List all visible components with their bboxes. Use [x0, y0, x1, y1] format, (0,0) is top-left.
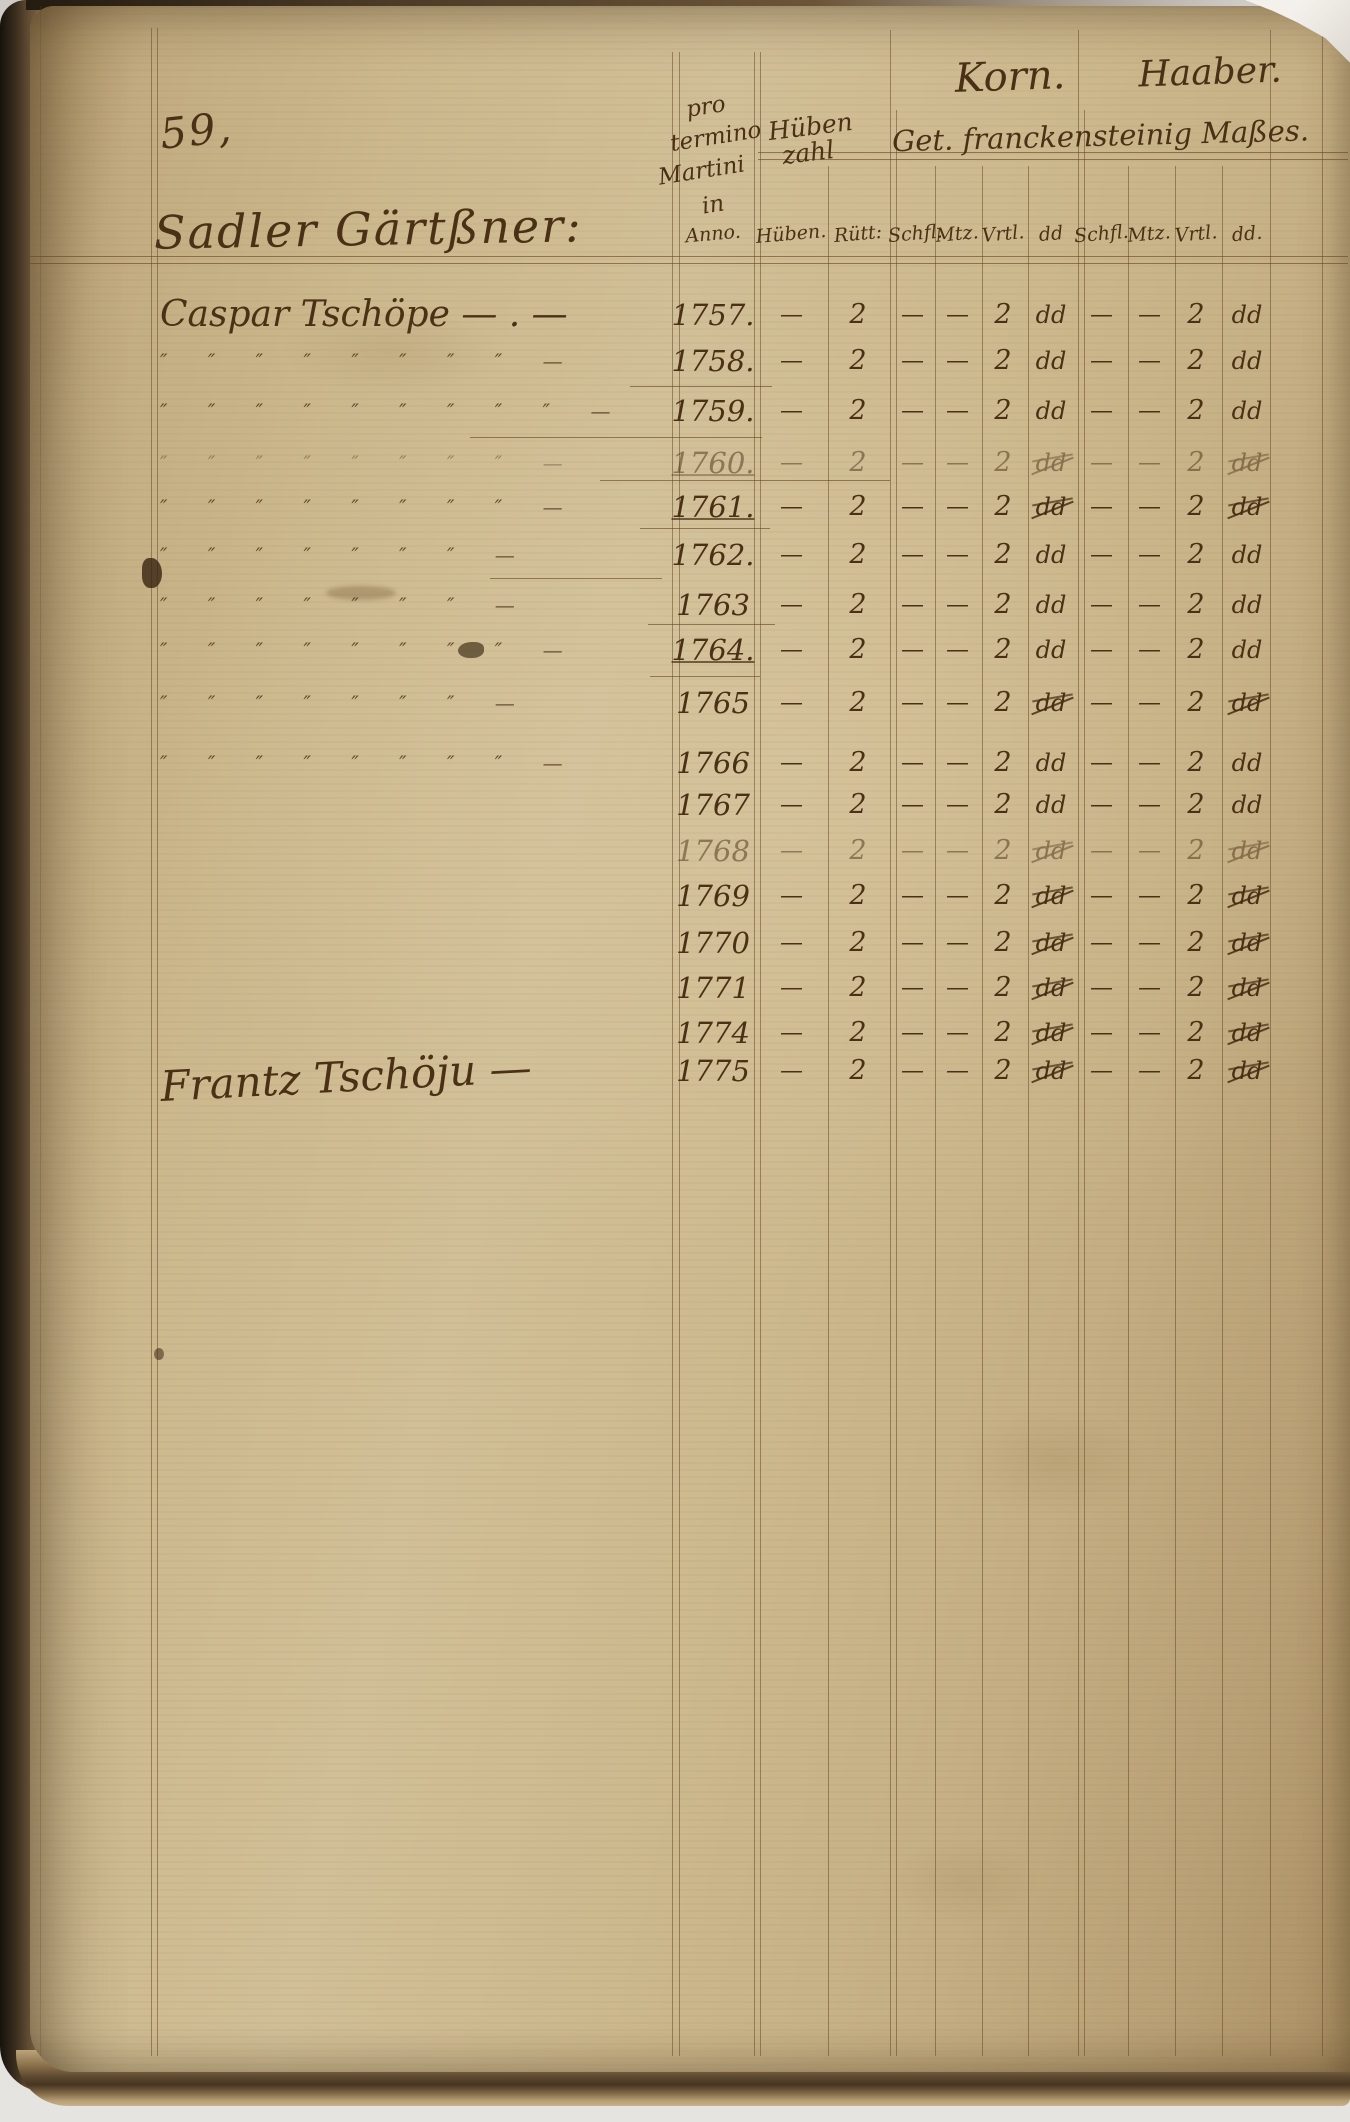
hueben-cell: —: [754, 440, 828, 486]
korn-mtz-cell: —: [933, 627, 981, 673]
korn-schfl-cell: —: [888, 680, 936, 726]
haaber-schfl-cell: —: [1074, 338, 1128, 384]
haaber-schfl-cell: —: [1074, 292, 1128, 338]
ledger-row-1769: 1769—2——2dd——2dd: [30, 873, 1350, 919]
ledger-row-1768: 1768—2——2dd——2dd: [30, 828, 1350, 874]
korn-vrtl-cell: 2: [978, 627, 1028, 673]
year-cell: 1764.: [666, 627, 760, 673]
korn-vrtl-cell: 2: [978, 782, 1028, 828]
column-header-korn-schfl: Schfl.: [886, 210, 938, 258]
korn-schfl-cell: —: [888, 782, 936, 828]
korn-mtz-cell: —: [933, 484, 981, 530]
haaber-schfl-cell: —: [1074, 1048, 1128, 1094]
year-cell: 1765: [666, 680, 760, 726]
header-termino-line-1: pro: [684, 91, 727, 123]
paper-stain: [890, 1836, 1040, 1926]
korn-mtz-cell: —: [933, 740, 981, 786]
korn-dd-cell: dd: [1024, 582, 1078, 628]
haaber-schfl-cell: —: [1074, 388, 1128, 434]
ruett-cell: 2: [826, 292, 890, 338]
ruett-cell: 2: [826, 338, 890, 384]
haaber-dd-cell: dd: [1218, 740, 1276, 786]
ruett-cell: 2: [826, 627, 890, 673]
row-name: ″ ″ ″ ″ ″ ″ ″ ″ ″ —: [160, 388, 660, 434]
hueben-cell: —: [754, 627, 828, 673]
ruett-cell: 2: [826, 740, 890, 786]
ledger-row-1758: ″ ″ ″ ″ ″ ″ ″ ″ —1758.—2——2dd——2dd: [30, 338, 1350, 384]
haaber-vrtl-cell: 2: [1171, 680, 1221, 726]
ruett-cell: 2: [826, 965, 890, 1011]
scanned-ledger-page: 59, Sadler Gärtßner: pro termino Martini…: [0, 0, 1350, 2122]
korn-schfl-cell: —: [888, 484, 936, 530]
hueben-cell: —: [754, 782, 828, 828]
korn-dd-cell: dd: [1024, 338, 1078, 384]
korn-mtz-cell: —: [933, 338, 981, 384]
year-cell: 1759.: [666, 388, 760, 434]
haaber-dd-cell: dd: [1218, 388, 1276, 434]
korn-schfl-cell: —: [888, 582, 936, 628]
korn-mtz-cell: —: [933, 965, 981, 1011]
page-title: Sadler Gärtßner:: [154, 198, 584, 259]
year-cell: 1775: [666, 1048, 760, 1094]
haaber-schfl-cell: —: [1074, 627, 1128, 673]
korn-schfl-cell: —: [888, 627, 936, 673]
haaber-mtz-cell: —: [1124, 740, 1174, 786]
ruett-cell: 2: [826, 532, 890, 578]
korn-dd-cell: dd: [1024, 388, 1078, 434]
hueben-cell: —: [754, 873, 828, 919]
row-name: ″ ″ ″ ″ ″ ″ ″ ″ —: [160, 740, 660, 786]
row-name: ″ ″ ″ ″ ″ ″ ″ ″ —: [160, 627, 660, 673]
ruett-cell: 2: [826, 920, 890, 966]
header-huebenzahl-line-2: zahl: [780, 135, 835, 170]
korn-vrtl-cell: 2: [978, 828, 1028, 874]
ruett-cell: 2: [826, 680, 890, 726]
korn-dd-cell: dd: [1024, 440, 1078, 486]
column-header-haaber-vrtl: Vrtl.: [1169, 210, 1223, 258]
column-header-haaber-dd: dd.: [1216, 210, 1278, 259]
ruett-cell: 2: [826, 1048, 890, 1094]
ledger-row-1766: ″ ″ ″ ″ ″ ″ ″ ″ —1766—2——2dd——2dd: [30, 740, 1350, 786]
haaber-vrtl-cell: 2: [1171, 532, 1221, 578]
haaber-mtz-cell: —: [1124, 1048, 1174, 1094]
haaber-vrtl-cell: 2: [1171, 582, 1221, 628]
paper-stain: [960, 1406, 1150, 1516]
haaber-dd-cell: dd: [1218, 484, 1276, 530]
korn-vrtl-cell: 2: [978, 873, 1028, 919]
haaber-mtz-cell: —: [1124, 680, 1174, 726]
haaber-vrtl-cell: 2: [1171, 873, 1221, 919]
haaber-schfl-cell: —: [1074, 484, 1128, 530]
year-cell: 1758.: [666, 338, 760, 384]
hueben-cell: —: [754, 740, 828, 786]
ledger-row-1770: 1770—2——2dd——2dd: [30, 920, 1350, 966]
korn-vrtl-cell: 2: [978, 532, 1028, 578]
ledger-row-1761: ″ ″ ″ ″ ″ ″ ″ ″ —1761.—2——2dd——2dd: [30, 484, 1350, 530]
korn-vrtl-cell: 2: [978, 388, 1028, 434]
page-number: 59,: [158, 102, 236, 158]
haaber-vrtl-cell: 2: [1171, 965, 1221, 1011]
ruett-cell: 2: [826, 782, 890, 828]
column-header-ruett: Rütt:: [824, 209, 892, 258]
haaber-vrtl-cell: 2: [1171, 828, 1221, 874]
column-header-haaber-mtz: Mtz.: [1122, 210, 1176, 258]
haaber-dd-cell: dd: [1218, 440, 1276, 486]
column-header-hueben: Hüben.: [752, 209, 830, 259]
haaber-mtz-cell: —: [1124, 965, 1174, 1011]
korn-dd-cell: dd: [1024, 532, 1078, 578]
korn-schfl-cell: —: [888, 292, 936, 338]
haaber-mtz-cell: —: [1124, 873, 1174, 919]
haaber-mtz-cell: —: [1124, 440, 1174, 486]
korn-schfl-cell: —: [888, 532, 936, 578]
haaber-mtz-cell: —: [1124, 627, 1174, 673]
korn-dd-cell: dd: [1024, 484, 1078, 530]
korn-dd-cell: dd: [1024, 965, 1078, 1011]
hueben-cell: —: [754, 828, 828, 874]
hueben-cell: —: [754, 920, 828, 966]
haaber-schfl-cell: —: [1074, 965, 1128, 1011]
header-termino-line-3: Martini: [657, 151, 747, 190]
ledger-row-1764: ″ ″ ″ ″ ″ ″ ″ ″ —1764.—2——2dd——2dd: [30, 627, 1350, 673]
korn-mtz-cell: —: [933, 1048, 981, 1094]
haaber-vrtl-cell: 2: [1171, 782, 1221, 828]
haaber-dd-cell: dd: [1218, 920, 1276, 966]
korn-schfl-cell: —: [888, 740, 936, 786]
row-name: ″ ″ ″ ″ ″ ″ ″ —: [160, 532, 660, 578]
korn-vrtl-cell: 2: [978, 740, 1028, 786]
korn-vrtl-cell: 2: [978, 680, 1028, 726]
haaber-mtz-cell: —: [1124, 920, 1174, 966]
haaber-vrtl-cell: 2: [1171, 388, 1221, 434]
korn-mtz-cell: —: [933, 920, 981, 966]
haaber-dd-cell: dd: [1218, 627, 1276, 673]
hueben-cell: —: [754, 680, 828, 726]
haaber-mtz-cell: —: [1124, 388, 1174, 434]
haaber-dd-cell: dd: [1218, 965, 1276, 1011]
year-cell: 1767: [666, 782, 760, 828]
korn-vrtl-cell: 2: [978, 484, 1028, 530]
header-termino-line-2: termino: [669, 117, 764, 157]
korn-vrtl-cell: 2: [978, 965, 1028, 1011]
haaber-dd-cell: dd: [1218, 873, 1276, 919]
korn-schfl-cell: —: [888, 1048, 936, 1094]
ruett-cell: 2: [826, 388, 890, 434]
haaber-vrtl-cell: 2: [1171, 484, 1221, 530]
ledger-row-1762: ″ ″ ″ ″ ″ ″ ″ —1762.—2——2dd——2dd: [30, 532, 1350, 578]
row-name: Caspar Tschöpe — . —: [160, 292, 660, 338]
year-cell: 1760.: [666, 440, 760, 486]
hueben-cell: —: [754, 484, 828, 530]
korn-schfl-cell: —: [888, 965, 936, 1011]
haaber-schfl-cell: —: [1074, 828, 1128, 874]
row-name: ″ ″ ″ ″ ″ ″ ″ ″ —: [160, 338, 660, 384]
year-cell: 1768: [666, 828, 760, 874]
hueben-cell: —: [754, 388, 828, 434]
haaber-vrtl-cell: 2: [1171, 292, 1221, 338]
haaber-mtz-cell: —: [1124, 292, 1174, 338]
korn-vrtl-cell: 2: [978, 920, 1028, 966]
ledger-row-1767: 1767—2——2dd——2dd: [30, 782, 1350, 828]
ink-speck: [154, 1348, 164, 1360]
ruett-cell: 2: [826, 440, 890, 486]
korn-dd-cell: dd: [1024, 782, 1078, 828]
korn-mtz-cell: —: [933, 828, 981, 874]
column-header-korn-dd: dd: [1022, 210, 1080, 259]
korn-mtz-cell: —: [933, 440, 981, 486]
korn-mtz-cell: —: [933, 782, 981, 828]
ruett-cell: 2: [826, 484, 890, 530]
hueben-cell: —: [754, 292, 828, 338]
haaber-schfl-cell: —: [1074, 440, 1128, 486]
haaber-vrtl-cell: 2: [1171, 920, 1221, 966]
haaber-vrtl-cell: 2: [1171, 338, 1221, 384]
row-name: ″ ″ ″ ″ ″ ″ ″ —: [160, 582, 660, 628]
hueben-cell: —: [754, 532, 828, 578]
row-name: ″ ″ ″ ″ ″ ″ ″ ″ —: [160, 440, 660, 486]
haaber-dd-cell: dd: [1218, 582, 1276, 628]
haaber-dd-cell: dd: [1218, 680, 1276, 726]
hueben-cell: —: [754, 582, 828, 628]
korn-dd-cell: dd: [1024, 873, 1078, 919]
korn-schfl-cell: —: [888, 873, 936, 919]
haaber-mtz-cell: —: [1124, 338, 1174, 384]
korn-schfl-cell: —: [888, 338, 936, 384]
year-cell: 1766: [666, 740, 760, 786]
korn-schfl-cell: —: [888, 440, 936, 486]
year-cell: 1771: [666, 965, 760, 1011]
ledger-row-1765: ″ ″ ″ ″ ″ ″ ″ —1765—2——2dd——2dd: [30, 680, 1350, 726]
header-haaber: Haaber.: [1109, 49, 1310, 97]
year-cell: 1763: [666, 582, 760, 628]
header-korn: Korn.: [909, 51, 1110, 104]
ledger-row-1775: Frantz Tschöju —1775—2——2dd——2dd: [30, 1048, 1350, 1094]
ledger-page: 59, Sadler Gärtßner: pro termino Martini…: [30, 6, 1350, 2072]
year-cell: 1769: [666, 873, 760, 919]
haaber-vrtl-cell: 2: [1171, 740, 1221, 786]
year-cell: 1757.: [666, 292, 760, 338]
hueben-cell: —: [754, 965, 828, 1011]
column-header-haaber-schfl: Schfl.: [1072, 210, 1130, 259]
korn-mtz-cell: —: [933, 873, 981, 919]
haaber-schfl-cell: —: [1074, 582, 1128, 628]
haaber-dd-cell: dd: [1218, 292, 1276, 338]
ruett-cell: 2: [826, 828, 890, 874]
haaber-schfl-cell: —: [1074, 740, 1128, 786]
korn-vrtl-cell: 2: [978, 338, 1028, 384]
haaber-dd-cell: dd: [1218, 532, 1276, 578]
haaber-dd-cell: dd: [1218, 782, 1276, 828]
ruett-cell: 2: [826, 582, 890, 628]
korn-dd-cell: dd: [1024, 828, 1078, 874]
ledger-row-1759: ″ ″ ″ ″ ″ ″ ″ ″ ″ —1759.—2——2dd——2dd: [30, 388, 1350, 434]
korn-vrtl-cell: 2: [978, 440, 1028, 486]
ledger-row-1757: Caspar Tschöpe — . —1757.—2——2dd——2dd: [30, 292, 1350, 338]
ruled-line-horizontal: [650, 676, 760, 677]
korn-mtz-cell: —: [933, 292, 981, 338]
haaber-vrtl-cell: 2: [1171, 1048, 1221, 1094]
korn-dd-cell: dd: [1024, 292, 1078, 338]
korn-dd-cell: dd: [1024, 740, 1078, 786]
haaber-dd-cell: dd: [1218, 828, 1276, 874]
haaber-mtz-cell: —: [1124, 582, 1174, 628]
korn-vrtl-cell: 2: [978, 582, 1028, 628]
korn-mtz-cell: —: [933, 532, 981, 578]
korn-mtz-cell: —: [933, 388, 981, 434]
korn-schfl-cell: —: [888, 828, 936, 874]
ledger-row-1760: ″ ″ ″ ″ ″ ″ ″ ″ —1760.—2——2dd——2dd: [30, 440, 1350, 486]
ledger-row-1771: 1771—2——2dd——2dd: [30, 965, 1350, 1011]
ruled-line-horizontal: [758, 159, 1348, 160]
korn-dd-cell: dd: [1024, 1048, 1078, 1094]
korn-schfl-cell: —: [888, 388, 936, 434]
haaber-mtz-cell: —: [1124, 532, 1174, 578]
row-name: ″ ″ ″ ″ ″ ″ ″ ″ —: [160, 484, 660, 530]
korn-vrtl-cell: 2: [978, 292, 1028, 338]
haaber-mtz-cell: —: [1124, 782, 1174, 828]
ruett-cell: 2: [826, 873, 890, 919]
ruled-line-horizontal: [30, 263, 1348, 264]
korn-mtz-cell: —: [933, 582, 981, 628]
year-cell: 1761.: [666, 484, 760, 530]
haaber-schfl-cell: —: [1074, 782, 1128, 828]
korn-schfl-cell: —: [888, 920, 936, 966]
haaber-schfl-cell: —: [1074, 680, 1128, 726]
haaber-vrtl-cell: 2: [1171, 440, 1221, 486]
korn-mtz-cell: —: [933, 680, 981, 726]
column-header-anno: Anno.: [664, 208, 761, 260]
ruled-line-horizontal: [490, 578, 662, 579]
hueben-cell: —: [754, 338, 828, 384]
haaber-schfl-cell: —: [1074, 873, 1128, 919]
korn-dd-cell: dd: [1024, 627, 1078, 673]
haaber-dd-cell: dd: [1218, 1048, 1276, 1094]
haaber-dd-cell: dd: [1218, 338, 1276, 384]
haaber-vrtl-cell: 2: [1171, 627, 1221, 673]
ruled-line-horizontal: [470, 437, 762, 438]
haaber-mtz-cell: —: [1124, 828, 1174, 874]
korn-dd-cell: dd: [1024, 920, 1078, 966]
year-cell: 1762.: [666, 532, 760, 578]
year-cell: 1770: [666, 920, 760, 966]
hueben-cell: —: [754, 1048, 828, 1094]
korn-vrtl-cell: 2: [978, 1048, 1028, 1094]
ledger-row-1763: ″ ″ ″ ″ ″ ″ ″ —1763—2——2dd——2dd: [30, 582, 1350, 628]
row-name: ″ ″ ″ ″ ″ ″ ″ —: [160, 680, 660, 726]
haaber-schfl-cell: —: [1074, 920, 1128, 966]
korn-dd-cell: dd: [1024, 680, 1078, 726]
haaber-mtz-cell: —: [1124, 484, 1174, 530]
column-header-korn-mtz: Mtz.: [931, 210, 983, 258]
haaber-schfl-cell: —: [1074, 532, 1128, 578]
